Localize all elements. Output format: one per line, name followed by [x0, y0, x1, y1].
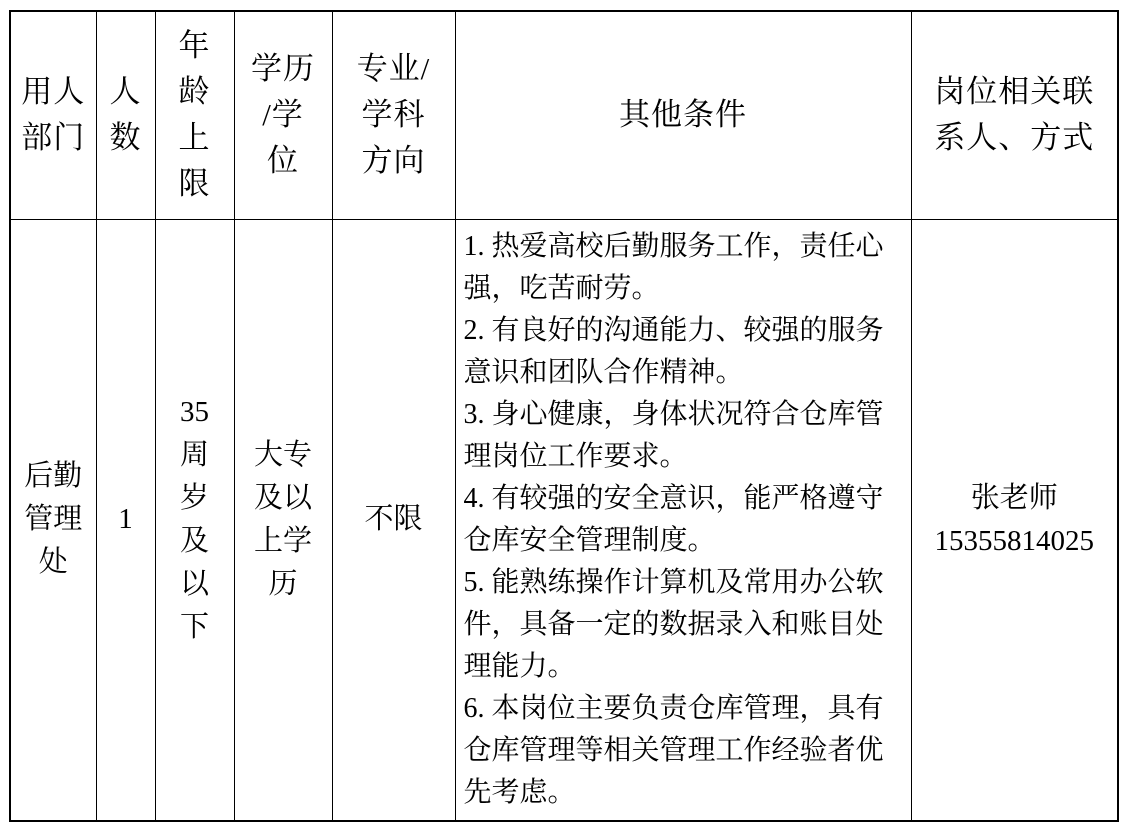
- recruitment-table: 用人 部门 人 数 年 龄 上 限 学历 /学 位 专业/ 学科 方向 其他条件…: [9, 10, 1119, 822]
- table-row: 后勤 管理 处 1 35 周 岁 及 以 下 大专 及以 上学 历 不限 1. …: [10, 219, 1118, 821]
- header-cell-headcount: 人 数: [96, 11, 155, 219]
- cell-department: 后勤 管理 处: [10, 219, 96, 821]
- cell-major: 不限: [332, 219, 455, 821]
- condition-item: 2. 有良好的沟通能力、较强的服务意识和团队合作精神。: [464, 310, 903, 394]
- condition-item: 1. 热爱高校后勤服务工作，责任心强，吃苦耐劳。: [464, 226, 903, 310]
- condition-item: 4. 有较强的安全意识，能严格遵守仓库安全管理制度。: [464, 478, 903, 562]
- cell-age-limit: 35 周 岁 及 以 下: [155, 219, 234, 821]
- cell-headcount: 1: [96, 219, 155, 821]
- cell-contact: 张老师 15355814025: [911, 219, 1118, 821]
- condition-item: 5. 能熟练操作计算机及常用办公软件，具备一定的数据录入和账目处理能力。: [464, 562, 903, 688]
- condition-item: 3. 身心健康，身体状况符合仓库管理岗位工作要求。: [464, 394, 903, 478]
- header-cell-department: 用人 部门: [10, 11, 96, 219]
- table-header-row: 用人 部门 人 数 年 龄 上 限 学历 /学 位 专业/ 学科 方向 其他条件…: [10, 11, 1118, 219]
- document-page: 用人 部门 人 数 年 龄 上 限 学历 /学 位 专业/ 学科 方向 其他条件…: [0, 0, 1125, 829]
- header-cell-other-conditions: 其他条件: [455, 11, 911, 219]
- header-cell-contact: 岗位相关联 系人、方式: [911, 11, 1118, 219]
- cell-education: 大专 及以 上学 历: [234, 219, 332, 821]
- header-cell-education: 学历 /学 位: [234, 11, 332, 219]
- header-cell-major: 专业/ 学科 方向: [332, 11, 455, 219]
- condition-item: 6. 本岗位主要负责仓库管理，具有仓库管理等相关管理工作经验者优先考虑。: [464, 688, 903, 814]
- cell-other-conditions: 1. 热爱高校后勤服务工作，责任心强，吃苦耐劳。2. 有良好的沟通能力、较强的服…: [455, 219, 911, 821]
- header-cell-age-limit: 年 龄 上 限: [155, 11, 234, 219]
